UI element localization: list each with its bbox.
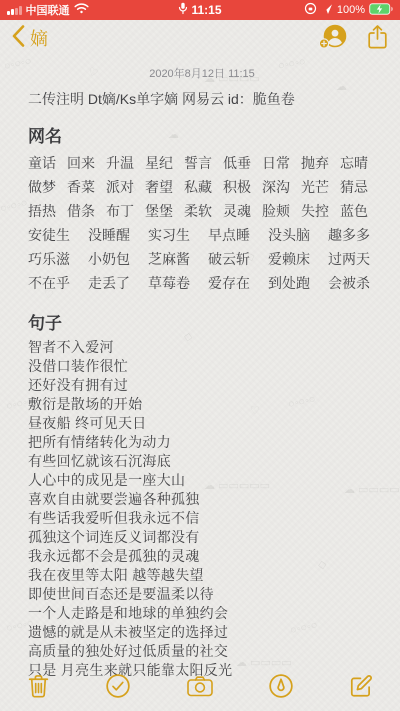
word: 堡堡: [145, 199, 173, 223]
word: 不在乎: [28, 271, 70, 295]
person-add-icon: [317, 24, 347, 53]
compose-icon: [348, 673, 374, 699]
word: 爱赖床: [268, 247, 310, 271]
word: 巧乐滋: [28, 247, 70, 271]
word: 没头脑: [268, 223, 310, 247]
word: 回来: [67, 151, 95, 175]
word: 草莓卷: [148, 271, 190, 295]
word: 趣多多: [328, 223, 370, 247]
sentence-line: 还好没有拥有过: [28, 376, 376, 395]
word-row: 做梦香菜派对奢望私藏积极深沟光芒猜忌: [28, 175, 376, 199]
word: 实习生: [148, 223, 190, 247]
nav-bar: 嫡: [0, 20, 400, 56]
sentence-line: 把所有情绪转化为动力: [28, 433, 376, 452]
bottom-toolbar: [0, 661, 400, 711]
back-button[interactable]: 嫡: [12, 25, 48, 52]
chevron-left-icon: [12, 25, 25, 52]
word: 日常: [262, 151, 290, 175]
sentence-line: 有些话我爱听但我永远不信: [28, 509, 376, 528]
sentence-line: 喜欢自由就要尝遍各种孤独: [28, 490, 376, 509]
word: 奢望: [145, 175, 173, 199]
add-collaborator-button[interactable]: [317, 24, 347, 53]
word: 忘晴: [340, 151, 368, 175]
sentence-line: 即使世间百态还是要温柔以待: [28, 585, 376, 604]
word: 布丁: [106, 199, 134, 223]
camera-button[interactable]: [186, 674, 214, 698]
word: 积极: [223, 175, 251, 199]
word: 童话: [28, 151, 56, 175]
word: 誓言: [184, 151, 212, 175]
word-row: 安徒生没睡醒实习生早点睡没头脑趣多多: [28, 223, 376, 247]
sentence-line: 昼夜船 终可见天日: [28, 414, 376, 433]
section-title-sentences: 句子: [28, 313, 376, 335]
word-row: 不在乎走丢了草莓卷爱存在到处跑会被杀: [28, 271, 376, 295]
sentence-line: 一个人走路是和地球的单独约会: [28, 604, 376, 623]
word: 深沟: [262, 175, 290, 199]
word-row: 捂热借条布丁堡堡柔软灵魂脸颊失控蓝色: [28, 199, 376, 223]
word: 做梦: [28, 175, 56, 199]
sentence-line: 我在夜里等太阳 越等越失望: [28, 566, 376, 585]
microphone-icon: [178, 2, 187, 18]
wifi-icon: [74, 3, 89, 17]
battery-charging-icon: [369, 3, 393, 18]
word: 私藏: [184, 175, 212, 199]
word: 柔软: [184, 199, 212, 223]
word: 派对: [106, 175, 134, 199]
word: 光芒: [301, 175, 329, 199]
compose-button[interactable]: [348, 673, 374, 699]
location-arrow-icon: [321, 3, 333, 18]
word: 小奶包: [88, 247, 130, 271]
word: 爱存在: [208, 271, 250, 295]
username-word-rows: 童话回来升温星纪誓言低垂日常抛弃忘晴做梦香菜派对奢望私藏积极深沟光芒猜忌捂热借条…: [28, 151, 376, 295]
word-row: 童话回来升温星纪誓言低垂日常抛弃忘晴: [28, 151, 376, 175]
sentence-line: 没借口装作很忙: [28, 357, 376, 376]
delete-note-button[interactable]: [26, 673, 51, 699]
word: 会被杀: [328, 271, 370, 295]
share-button[interactable]: [367, 24, 388, 53]
word: 猜忌: [340, 175, 368, 199]
word: 升温: [106, 151, 134, 175]
battery-percent: 100%: [337, 4, 365, 16]
word-row: 巧乐滋小奶包芝麻酱破云斩爱赖床过两天: [28, 247, 376, 271]
word: 到处跑: [268, 271, 310, 295]
camera-icon: [186, 674, 214, 698]
sentence-line: 人心中的成见是一座大山: [28, 471, 376, 490]
checklist-icon: [105, 673, 131, 699]
sentence-line: 高质量的独处好过低质量的社交: [28, 642, 376, 661]
word: 借条: [67, 199, 95, 223]
sentence-lines: 智者不入爱河没借口装作很忙还好没有拥有过敷衍是散场的开始昼夜船 终可见天日把所有…: [28, 338, 376, 680]
word: 捂热: [28, 199, 56, 223]
note-body[interactable]: 2020年8月12日 11:15 二传注明 Dt嫡/Ks单字嫡 网易云 id：脆…: [0, 56, 400, 680]
sentence-line: 智者不入爱河: [28, 338, 376, 357]
sentence-line: 我永远都不会是孤独的灵魂: [28, 547, 376, 566]
word: 脸颊: [262, 199, 290, 223]
word: 灵魂: [223, 199, 251, 223]
orientation-lock-icon: [304, 2, 317, 18]
word: 安徒生: [28, 223, 70, 247]
word: 失控: [301, 199, 329, 223]
word: 过两天: [328, 247, 370, 271]
notes-app-screen: ○◦○◦○♡○◦○◦○☁☁ ▭▭▭▭◇☁◇○◦○◦○☁ ▭▭▭▭▭☁ ▭▭▭▭▭…: [0, 0, 400, 711]
status-time: 11:15: [191, 3, 221, 17]
back-label: 嫡: [30, 25, 48, 51]
sentence-line: 有些回忆就该石沉海底: [28, 452, 376, 471]
sentence-line: 遗憾的就是从未被坚定的选择过: [28, 623, 376, 642]
word: 没睡醒: [88, 223, 130, 247]
carrier-label: 中国联通: [26, 2, 70, 18]
word: 走丢了: [88, 271, 130, 295]
word: 芝麻酱: [148, 247, 190, 271]
markup-icon: [268, 673, 294, 699]
word: 星纪: [145, 151, 173, 175]
word: 破云斩: [208, 247, 250, 271]
checklist-button[interactable]: [105, 673, 131, 699]
status-bar: 中国联通 11:15: [0, 0, 400, 20]
word: 早点睡: [208, 223, 250, 247]
share-icon: [367, 24, 388, 53]
sentence-line: 敷衍是散场的开始: [28, 395, 376, 414]
word: 抛弃: [301, 151, 329, 175]
signal-strength-icon: [7, 6, 22, 15]
note-intro-line: 二传注明 Dt嫡/Ks单字嫡 网易云 id：脆鱼卷: [28, 90, 376, 108]
trash-icon: [26, 673, 51, 699]
markup-button[interactable]: [268, 673, 294, 699]
word: 低垂: [223, 151, 251, 175]
word: 香菜: [67, 175, 95, 199]
section-title-usernames: 网名: [28, 126, 376, 148]
sentence-line: 孤独这个词连反义词都没有: [28, 528, 376, 547]
note-date: 2020年8月12日 11:15: [28, 65, 376, 81]
word: 蓝色: [340, 199, 368, 223]
